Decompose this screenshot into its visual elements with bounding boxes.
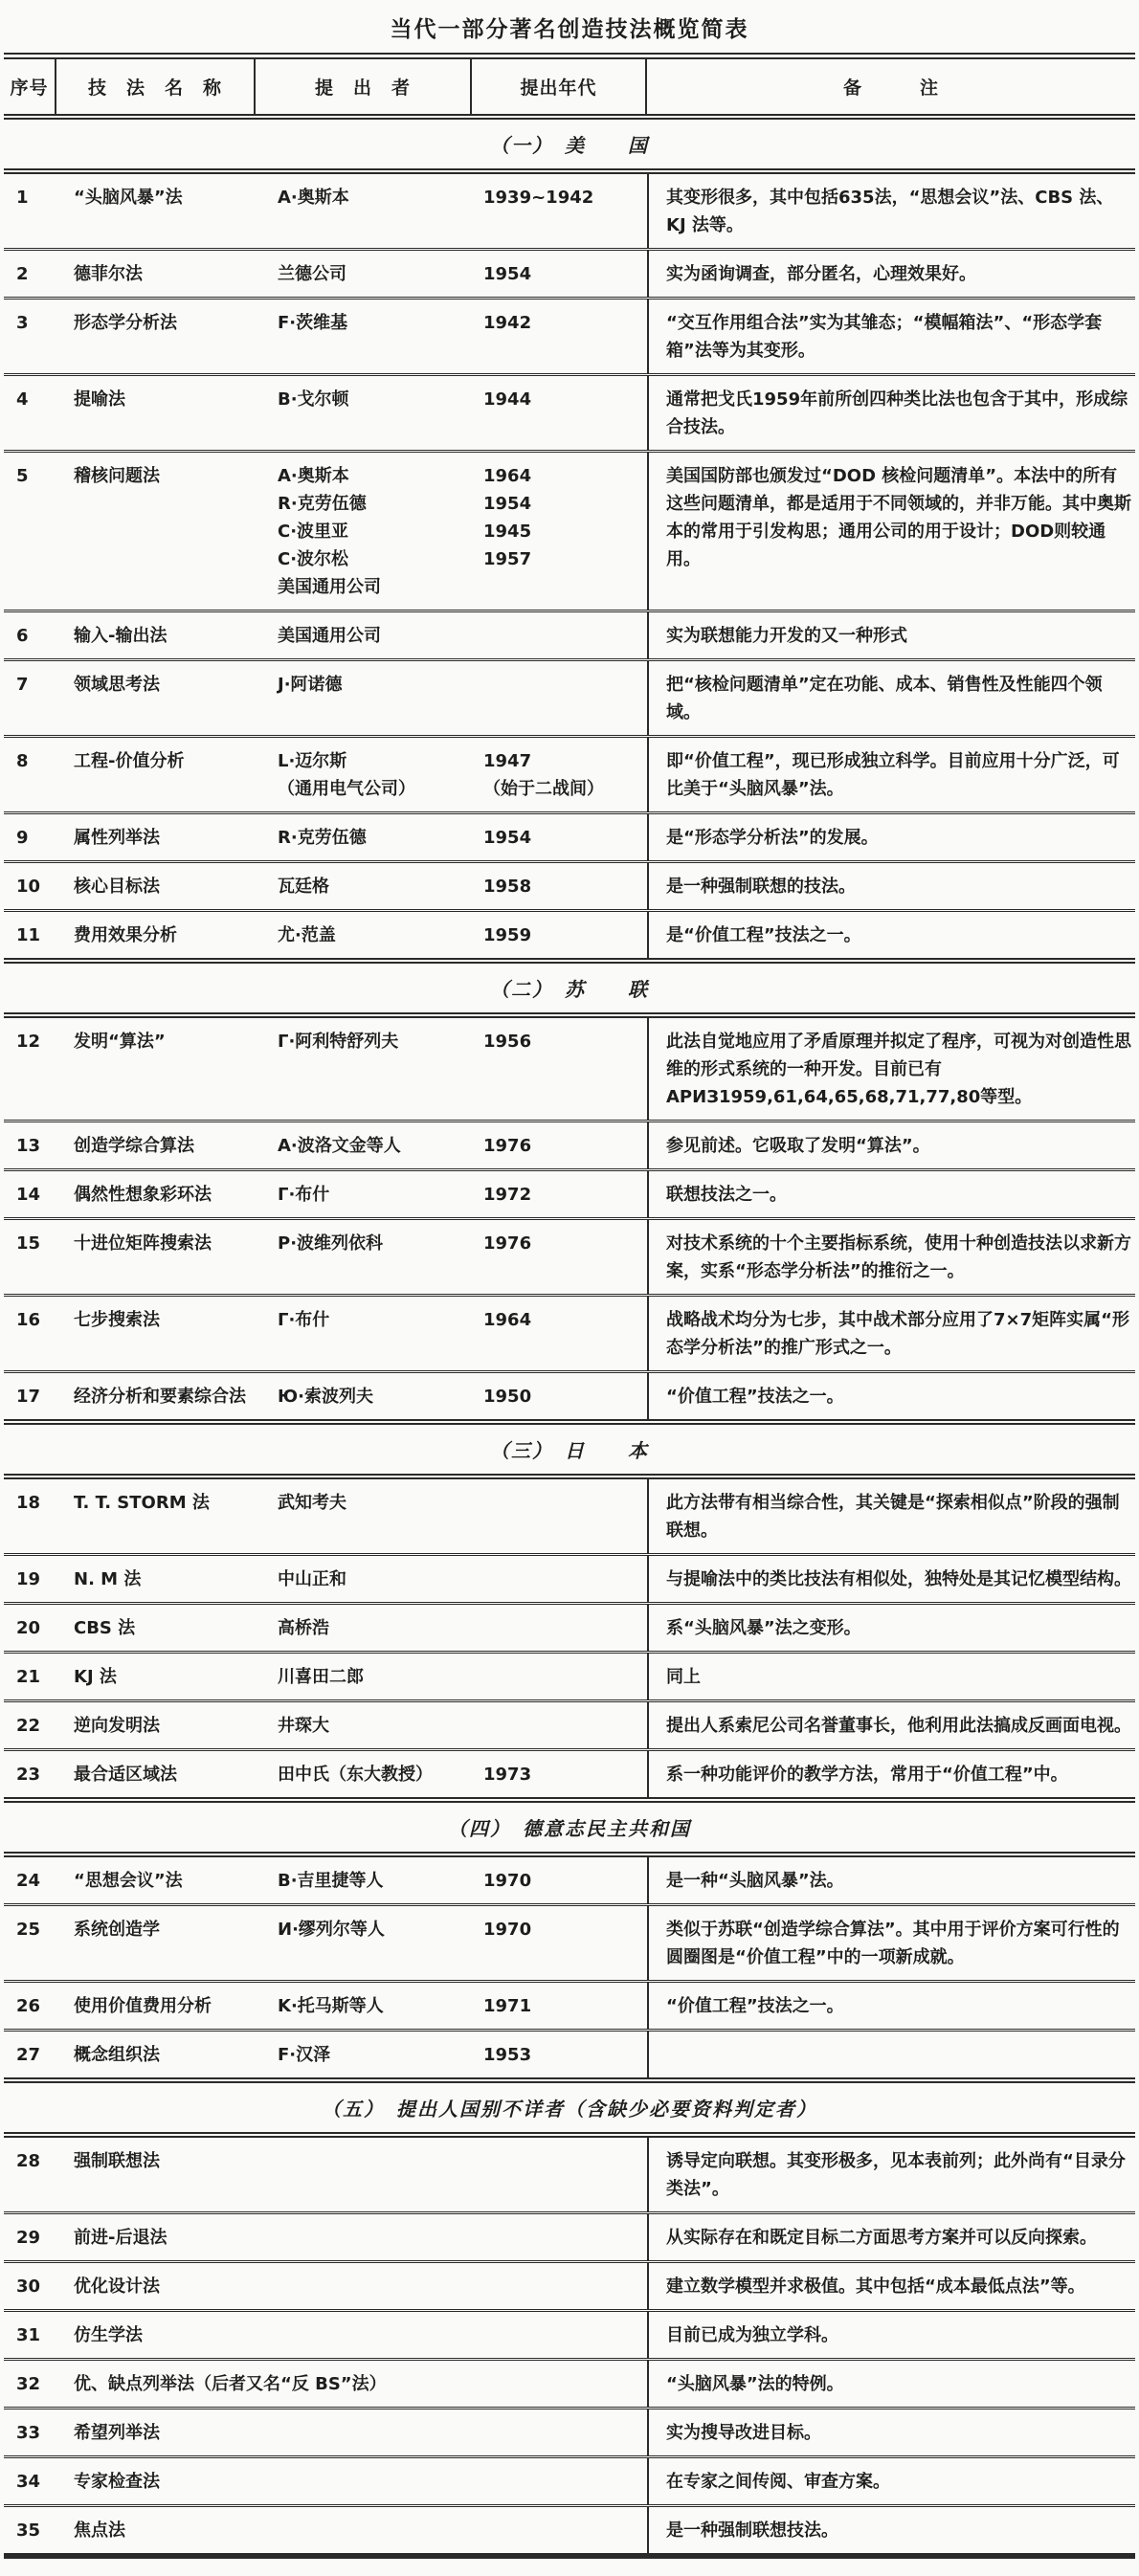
- technique-name: 稽核问题法: [56, 453, 256, 610]
- proposer: 高桥浩: [256, 1605, 472, 1651]
- year: 1964195419451957: [472, 453, 647, 610]
- proposer: 武知考夫: [256, 1479, 472, 1553]
- proposer: [256, 2263, 472, 2309]
- note: 实为联想能力开发的又一种形式: [647, 612, 1135, 658]
- proposer: Ю·索波列夫: [256, 1373, 472, 1419]
- proposer: 美国通用公司: [256, 612, 472, 658]
- note: 建立数学模型并求极值。其中包括“成本最低点法”等。: [647, 2263, 1135, 2309]
- header-note: 备 注: [647, 59, 1135, 114]
- year: 1953: [472, 2032, 647, 2077]
- proposer: Г·布什: [256, 1297, 472, 1370]
- year-line: 1976: [483, 1230, 647, 1257]
- note: 是一种“头脑风暴”法。: [647, 1857, 1135, 1903]
- year-line: 1944: [483, 386, 647, 413]
- table-row: 9属性列举法R·克劳伍德1954是“形态学分析法”的发展。: [4, 811, 1135, 860]
- table-row: 10核心目标法瓦廷格1958是一种强制联想的技法。: [4, 860, 1135, 909]
- proposer: K·托马斯等人: [256, 1983, 472, 2029]
- table-row: 16七步搜索法Г·布什1964战略战术均分为七步，其中战术部分应用了7×7矩阵实…: [4, 1294, 1135, 1370]
- section-header: （二） 苏 联: [4, 958, 1135, 1018]
- year: 1959: [472, 912, 647, 958]
- proposer-line: И·缪列尔等人: [278, 1916, 472, 1943]
- note: 是“价值工程”技法之一。: [647, 912, 1135, 958]
- section-header: （四） 德意志民主共和国: [4, 1797, 1135, 1857]
- row-number: 3: [4, 300, 56, 373]
- row-number: 28: [4, 2138, 56, 2211]
- table-row: 31仿生学法目前已成为独立学科。: [4, 2309, 1135, 2358]
- techniques-table: 序号 技 法 名 称 提 出 者 提出年代 备 注 （一） 美 国1“头脑风暴”…: [4, 53, 1135, 2559]
- proposer: [256, 2312, 472, 2358]
- year: 1971: [472, 1983, 647, 2029]
- year-line: 1970: [483, 1867, 647, 1895]
- proposer-line: 尤·范盖: [278, 922, 472, 949]
- technique-name: 费用效果分析: [56, 912, 256, 958]
- note: “交互作用组合法”实为其雏态；“模幅箱法”、“形态学套箱”法等为其变形。: [647, 300, 1135, 373]
- table-row: 35焦点法是一种强制联想技法。: [4, 2504, 1135, 2553]
- table-row: 4提喻法B·戈尔顿1944通常把戈氏1959年前所创四种类比法也包含于其中，形成…: [4, 373, 1135, 450]
- note: 通常把戈氏1959年前所创四种类比法也包含于其中，形成综合技法。: [647, 376, 1135, 450]
- table-row: 20CBS 法高桥浩系“头脑风暴”法之变形。: [4, 1602, 1135, 1651]
- year: [472, 1605, 647, 1651]
- proposer-line: 美国通用公司: [278, 573, 472, 601]
- technique-name: 逆向发明法: [56, 1702, 256, 1748]
- year: 1972: [472, 1171, 647, 1217]
- table-row: 30优化设计法建立数学模型并求极值。其中包括“成本最低点法”等。: [4, 2260, 1135, 2309]
- year-line: 1957: [483, 545, 647, 573]
- table-row: 23最合适区域法田中氏（东大教授）1973系一种功能评价的教学方法，常用于“价值…: [4, 1748, 1135, 1797]
- technique-name: 德菲尔法: [56, 251, 256, 297]
- row-number: 15: [4, 1220, 56, 1294]
- year: [472, 1702, 647, 1748]
- row-number: 19: [4, 1556, 56, 1602]
- table-row: 12发明“算法”Г·阿利特舒列夫1956此法自觉地应用了矛盾原理并拟定了程序，可…: [4, 1018, 1135, 1120]
- technique-name: 创造学综合算法: [56, 1122, 256, 1168]
- technique-name: 优化设计法: [56, 2263, 256, 2309]
- table-row: 27概念组织法F·汉泽1953: [4, 2029, 1135, 2077]
- note: 参见前述。它吸取了发明“算法”。: [647, 1122, 1135, 1168]
- technique-name: 工程-价值分析: [56, 738, 256, 811]
- note: 即“价值工程”，现已形成独立科学。目前应用十分广泛，可比美于“头脑风暴”法。: [647, 738, 1135, 811]
- proposer: R·克劳伍德: [256, 814, 472, 860]
- note: 同上: [647, 1654, 1135, 1699]
- row-number: 13: [4, 1122, 56, 1168]
- proposer: 尤·范盖: [256, 912, 472, 958]
- technique-name: 输入-输出法: [56, 612, 256, 658]
- row-number: 17: [4, 1373, 56, 1419]
- proposer-line: A·奥斯本: [278, 462, 472, 490]
- technique-name: “头脑风暴”法: [56, 174, 256, 248]
- year: [472, 2138, 647, 2211]
- row-number: 8: [4, 738, 56, 811]
- proposer-line: F·汉泽: [278, 2041, 472, 2069]
- technique-name: 优、缺点列举法（后者又名“反 BS”法）: [56, 2361, 256, 2407]
- year-line: 1954: [483, 824, 647, 852]
- note: 此方法带有相当综合性，其关键是“探索相似点”阶段的强制联想。: [647, 1479, 1135, 1553]
- table-row: 33希望列举法实为搜导改进目标。: [4, 2407, 1135, 2455]
- proposer-line: 中山正和: [278, 1566, 472, 1593]
- table-row: 3形态学分析法F·茨维基1942“交互作用组合法”实为其雏态；“模幅箱法”、“形…: [4, 297, 1135, 373]
- year: [472, 2409, 647, 2455]
- note: [647, 2032, 1135, 2077]
- year-line: 1971: [483, 1992, 647, 2020]
- year-line: 1945: [483, 518, 647, 545]
- proposer-line: Ю·索波列夫: [278, 1383, 472, 1410]
- row-number: 33: [4, 2409, 56, 2455]
- proposer-line: J·阿诺德: [278, 671, 472, 699]
- technique-name: 前进-后退法: [56, 2214, 256, 2260]
- row-number: 6: [4, 612, 56, 658]
- row-number: 27: [4, 2032, 56, 2077]
- proposer: Г·阿利特舒列夫: [256, 1018, 472, 1120]
- year-line: 1942: [483, 309, 647, 337]
- note: 实为函询调查，部分匿名，心理效果好。: [647, 251, 1135, 297]
- technique-name: 系统创造学: [56, 1906, 256, 1980]
- year-line: 1947: [483, 747, 647, 775]
- year-line: 1959: [483, 922, 647, 949]
- header-name: 技 法 名 称: [56, 59, 256, 114]
- table-row: 18T. T. STORM 法武知考夫此方法带有相当综合性，其关键是“探索相似点…: [4, 1479, 1135, 1553]
- year: 1976: [472, 1122, 647, 1168]
- year: 1947（始于二战间）: [472, 738, 647, 811]
- row-number: 35: [4, 2507, 56, 2553]
- proposer-line: Г·阿利特舒列夫: [278, 1028, 472, 1055]
- row-number: 20: [4, 1605, 56, 1651]
- note: 目前已成为独立学科。: [647, 2312, 1135, 2358]
- table-row: 32优、缺点列举法（后者又名“反 BS”法）“头脑风暴”法的特例。: [4, 2358, 1135, 2407]
- row-number: 1: [4, 174, 56, 248]
- technique-name: 专家检查法: [56, 2458, 256, 2504]
- year-line: 1953: [483, 2041, 647, 2069]
- proposer-line: 美国通用公司: [278, 622, 472, 650]
- technique-name: 发明“算法”: [56, 1018, 256, 1120]
- note: “价值工程”技法之一。: [647, 1983, 1135, 2029]
- table-row: 7领域思考法J·阿诺德把“核检问题清单”定在功能、成本、销售性及性能四个领域。: [4, 658, 1135, 735]
- technique-name: 形态学分析法: [56, 300, 256, 373]
- year: 1973: [472, 1751, 647, 1797]
- table-row: 6输入-输出法美国通用公司实为联想能力开发的又一种形式: [4, 610, 1135, 658]
- row-number: 16: [4, 1297, 56, 1370]
- year: [472, 2214, 647, 2260]
- note: “头脑风暴”法的特例。: [647, 2361, 1135, 2407]
- technique-name: 提喻法: [56, 376, 256, 450]
- note: 联想技法之一。: [647, 1171, 1135, 1217]
- row-number: 5: [4, 453, 56, 610]
- year-line: 1973: [483, 1761, 647, 1788]
- proposer-line: Р·波维列依科: [278, 1230, 472, 1257]
- technique-name: 强制联想法: [56, 2138, 256, 2211]
- proposer-line: B·戈尔顿: [278, 386, 472, 413]
- technique-name: 希望列举法: [56, 2409, 256, 2455]
- note: 系“头脑风暴”法之变形。: [647, 1605, 1135, 1651]
- year: [472, 1556, 647, 1602]
- proposer: Р·波维列依科: [256, 1220, 472, 1294]
- header-proposer: 提 出 者: [256, 59, 472, 114]
- row-number: 25: [4, 1906, 56, 1980]
- row-number: 2: [4, 251, 56, 297]
- year: [472, 661, 647, 735]
- year: 1944: [472, 376, 647, 450]
- proposer-line: L·迈尔斯: [278, 747, 472, 775]
- section-header: （三） 日 本: [4, 1419, 1135, 1479]
- note: 是一种强制联想的技法。: [647, 863, 1135, 909]
- year: 1970: [472, 1906, 647, 1980]
- year-line: 1972: [483, 1181, 647, 1209]
- proposer: 川喜田二郎: [256, 1654, 472, 1699]
- row-number: 14: [4, 1171, 56, 1217]
- note: 诱导定向联想。其变形极多，见本表前列；此外尚有“目录分类法”。: [647, 2138, 1135, 2211]
- technique-name: 焦点法: [56, 2507, 256, 2553]
- row-number: 10: [4, 863, 56, 909]
- technique-name: 属性列举法: [56, 814, 256, 860]
- proposer-line: A·奥斯本: [278, 184, 472, 211]
- technique-name: “思想会议”法: [56, 1857, 256, 1903]
- year: [472, 1654, 647, 1699]
- proposer-line: 高桥浩: [278, 1614, 472, 1642]
- proposer: B·吉里捷等人: [256, 1857, 472, 1903]
- year: 1958: [472, 863, 647, 909]
- proposer-line: R·克劳伍德: [278, 490, 472, 518]
- proposer-line: C·波里亚: [278, 518, 472, 545]
- note: 类似于苏联“创造学综合算法”。其中用于评价方案可行性的圆圈图是“价值工程”中的一…: [647, 1906, 1135, 1980]
- proposer-line: R·克劳伍德: [278, 824, 472, 852]
- technique-name: CBS 法: [56, 1605, 256, 1651]
- year-line: （始于二战间）: [483, 775, 647, 803]
- year-line: 1939~1942: [483, 184, 647, 211]
- proposer: 中山正和: [256, 1556, 472, 1602]
- row-number: 24: [4, 1857, 56, 1903]
- year: 1954: [472, 814, 647, 860]
- row-number: 26: [4, 1983, 56, 2029]
- year: 1976: [472, 1220, 647, 1294]
- proposer: F·汉泽: [256, 2032, 472, 2077]
- technique-name: N. M 法: [56, 1556, 256, 1602]
- proposer-line: А·波洛文金等人: [278, 1132, 472, 1160]
- table-row: 5稽核问题法A·奥斯本R·克劳伍德C·波里亚C·波尔松美国通用公司1964195…: [4, 450, 1135, 610]
- table-row: 17经济分析和要素综合法Ю·索波列夫1950“价值工程”技法之一。: [4, 1370, 1135, 1419]
- row-number: 12: [4, 1018, 56, 1120]
- proposer: L·迈尔斯（通用电气公司）: [256, 738, 472, 811]
- note: 是“形态学分析法”的发展。: [647, 814, 1135, 860]
- technique-name: 最合适区域法: [56, 1751, 256, 1797]
- row-number: 18: [4, 1479, 56, 1553]
- row-number: 9: [4, 814, 56, 860]
- table-row: 34专家检查法在专家之间传阅、审查方案。: [4, 2455, 1135, 2504]
- proposer-line: 武知考夫: [278, 1489, 472, 1517]
- proposer: А·波洛文金等人: [256, 1122, 472, 1168]
- year: [472, 2312, 647, 2358]
- note: 实为搜导改进目标。: [647, 2409, 1135, 2455]
- table-row: 13创造学综合算法А·波洛文金等人1976参见前述。它吸取了发明“算法”。: [4, 1120, 1135, 1168]
- proposer-line: 田中氏（东大教授）: [278, 1761, 472, 1788]
- year: 1954: [472, 251, 647, 297]
- section-header: （五） 提出人国别不详者（含缺少必要资料判定者）: [4, 2077, 1135, 2138]
- note: 是一种强制联想技法。: [647, 2507, 1135, 2553]
- year: 1964: [472, 1297, 647, 1370]
- year-line: 1956: [483, 1028, 647, 1055]
- proposer: [256, 2507, 472, 2553]
- year-line: 1950: [483, 1383, 647, 1410]
- row-number: 23: [4, 1751, 56, 1797]
- row-number: 21: [4, 1654, 56, 1699]
- row-number: 7: [4, 661, 56, 735]
- table-header-row: 序号 技 法 名 称 提 出 者 提出年代 备 注: [4, 59, 1135, 114]
- year: 1939~1942: [472, 174, 647, 248]
- note: 其变形很多，其中包括635法，“思想会议”法、CBS 法、KJ 法等。: [647, 174, 1135, 248]
- header-year: 提出年代: [472, 59, 647, 114]
- table-row: 19N. M 法中山正和与提喻法中的类比技法有相似处，独特处是其记忆模型结构。: [4, 1553, 1135, 1602]
- proposer-line: 川喜田二郎: [278, 1663, 472, 1691]
- proposer: A·奥斯本R·克劳伍德C·波里亚C·波尔松美国通用公司: [256, 453, 472, 610]
- note: “价值工程”技法之一。: [647, 1373, 1135, 1419]
- row-number: 30: [4, 2263, 56, 2309]
- row-number: 22: [4, 1702, 56, 1748]
- technique-name: 领域思考法: [56, 661, 256, 735]
- year: 1970: [472, 1857, 647, 1903]
- proposer-line: Г·布什: [278, 1181, 472, 1209]
- note: 在专家之间传阅、审查方案。: [647, 2458, 1135, 2504]
- year: [472, 2507, 647, 2553]
- table-row: 15十进位矩阵搜索法Р·波维列依科1976对技术系统的十个主要指标系统，使用十种…: [4, 1217, 1135, 1294]
- note: 此法自觉地应用了矛盾原理并拟定了程序，可视为对创造性思维的形式系统的一种开发。目…: [647, 1018, 1135, 1120]
- table-row: 29前进-后退法从实际存在和既定目标二方面思考方案并可以反向探索。: [4, 2211, 1135, 2260]
- table-row: 21KJ 法川喜田二郎同上: [4, 1651, 1135, 1699]
- table-body: （一） 美 国1“头脑风暴”法A·奥斯本1939~1942其变形很多，其中包括6…: [4, 114, 1135, 2553]
- note: 把“核检问题清单”定在功能、成本、销售性及性能四个领域。: [647, 661, 1135, 735]
- proposer: 井琛大: [256, 1702, 472, 1748]
- year: [472, 1479, 647, 1553]
- proposer: [256, 2138, 472, 2211]
- note: 与提喻法中的类比技法有相似处，独特处是其记忆模型结构。: [647, 1556, 1135, 1602]
- proposer-line: 井琛大: [278, 1712, 472, 1740]
- table-row: 1“头脑风暴”法A·奥斯本1939~1942其变形很多，其中包括635法，“思想…: [4, 174, 1135, 248]
- proposer-line: 兰德公司: [278, 260, 472, 288]
- technique-name: 七步搜索法: [56, 1297, 256, 1370]
- proposer-line: B·吉里捷等人: [278, 1867, 472, 1895]
- proposer-line: （通用电气公司）: [278, 775, 472, 803]
- year: 1956: [472, 1018, 647, 1120]
- technique-name: 偶然性想象彩环法: [56, 1171, 256, 1217]
- technique-name: 使用价值费用分析: [56, 1983, 256, 2029]
- year: 1942: [472, 300, 647, 373]
- technique-name: 概念组织法: [56, 2032, 256, 2077]
- year: [472, 2361, 647, 2407]
- proposer: 田中氏（东大教授）: [256, 1751, 472, 1797]
- table-row: 8工程-价值分析L·迈尔斯（通用电气公司）1947（始于二战间）即“价值工程”，…: [4, 735, 1135, 811]
- proposer-line: K·托马斯等人: [278, 1992, 472, 2020]
- technique-name: 仿生学法: [56, 2312, 256, 2358]
- proposer: [256, 2361, 472, 2407]
- row-number: 34: [4, 2458, 56, 2504]
- section-header: （一） 美 国: [4, 114, 1135, 174]
- year-line: 1954: [483, 260, 647, 288]
- technique-name: KJ 法: [56, 1654, 256, 1699]
- proposer: [256, 2214, 472, 2260]
- proposer-line: F·茨维基: [278, 309, 472, 337]
- row-number: 29: [4, 2214, 56, 2260]
- row-number: 31: [4, 2312, 56, 2358]
- row-number: 4: [4, 376, 56, 450]
- table-row: 24“思想会议”法B·吉里捷等人1970是一种“头脑风暴”法。: [4, 1857, 1135, 1903]
- technique-name: T. T. STORM 法: [56, 1479, 256, 1553]
- row-number: 11: [4, 912, 56, 958]
- proposer-line: Г·布什: [278, 1306, 472, 1334]
- proposer: 兰德公司: [256, 251, 472, 297]
- technique-name: 核心目标法: [56, 863, 256, 909]
- scanned-page: 当代一部分著名创造技法概览简表 序号 技 法 名 称 提 出 者 提出年代 备 …: [0, 0, 1139, 2576]
- proposer: F·茨维基: [256, 300, 472, 373]
- note: 战略战术均分为七步，其中战术部分应用了7×7矩阵实属“形态学分析法”的推广形式之…: [647, 1297, 1135, 1370]
- proposer: И·缪列尔等人: [256, 1906, 472, 1980]
- note: 美国国防部也颁发过“DOD 核检问题清单”。本法中的所有这些问题清单，都是适用于…: [647, 453, 1135, 610]
- table-title: 当代一部分著名创造技法概览简表: [4, 6, 1135, 53]
- proposer: A·奥斯本: [256, 174, 472, 248]
- year: [472, 2458, 647, 2504]
- year-line: 1970: [483, 1916, 647, 1943]
- year-line: 1958: [483, 873, 647, 900]
- proposer: B·戈尔顿: [256, 376, 472, 450]
- table-row: 26使用价值费用分析K·托马斯等人1971“价值工程”技法之一。: [4, 1980, 1135, 2029]
- proposer-line: 瓦廷格: [278, 873, 472, 900]
- proposer-line: C·波尔松: [278, 545, 472, 573]
- year: 1950: [472, 1373, 647, 1419]
- note: 提出人系索尼公司名誉董事长，他利用此法搞成反画面电视。: [647, 1702, 1135, 1748]
- proposer: [256, 2458, 472, 2504]
- technique-name: 十进位矩阵搜索法: [56, 1220, 256, 1294]
- table-row: 22逆向发明法井琛大提出人系索尼公司名誉董事长，他利用此法搞成反画面电视。: [4, 1699, 1135, 1748]
- note: 从实际存在和既定目标二方面思考方案并可以反向探索。: [647, 2214, 1135, 2260]
- table-row: 14偶然性想象彩环法Г·布什1972联想技法之一。: [4, 1168, 1135, 1217]
- proposer: J·阿诺德: [256, 661, 472, 735]
- note: 对技术系统的十个主要指标系统，使用十种创造技法以求新方案，实系“形态学分析法”的…: [647, 1220, 1135, 1294]
- proposer: [256, 2409, 472, 2455]
- note: 系一种功能评价的教学方法，常用于“价值工程”中。: [647, 1751, 1135, 1797]
- table-row: 25系统创造学И·缪列尔等人1970类似于苏联“创造学综合算法”。其中用于评价方…: [4, 1903, 1135, 1980]
- technique-name: 经济分析和要素综合法: [56, 1373, 256, 1419]
- table-row: 11费用效果分析尤·范盖1959是“价值工程”技法之一。: [4, 909, 1135, 958]
- proposer: Г·布什: [256, 1171, 472, 1217]
- row-number: 32: [4, 2361, 56, 2407]
- year-line: 1976: [483, 1132, 647, 1160]
- year: [472, 2263, 647, 2309]
- table-row: 2德菲尔法兰德公司1954实为函询调查，部分匿名，心理效果好。: [4, 248, 1135, 297]
- proposer: 瓦廷格: [256, 863, 472, 909]
- header-no: 序号: [4, 59, 56, 114]
- table-row: 28强制联想法诱导定向联想。其变形极多，见本表前列；此外尚有“目录分类法”。: [4, 2138, 1135, 2211]
- year-line: 1964: [483, 462, 647, 490]
- year: [472, 612, 647, 658]
- year-line: 1964: [483, 1306, 647, 1334]
- year-line: 1954: [483, 490, 647, 518]
